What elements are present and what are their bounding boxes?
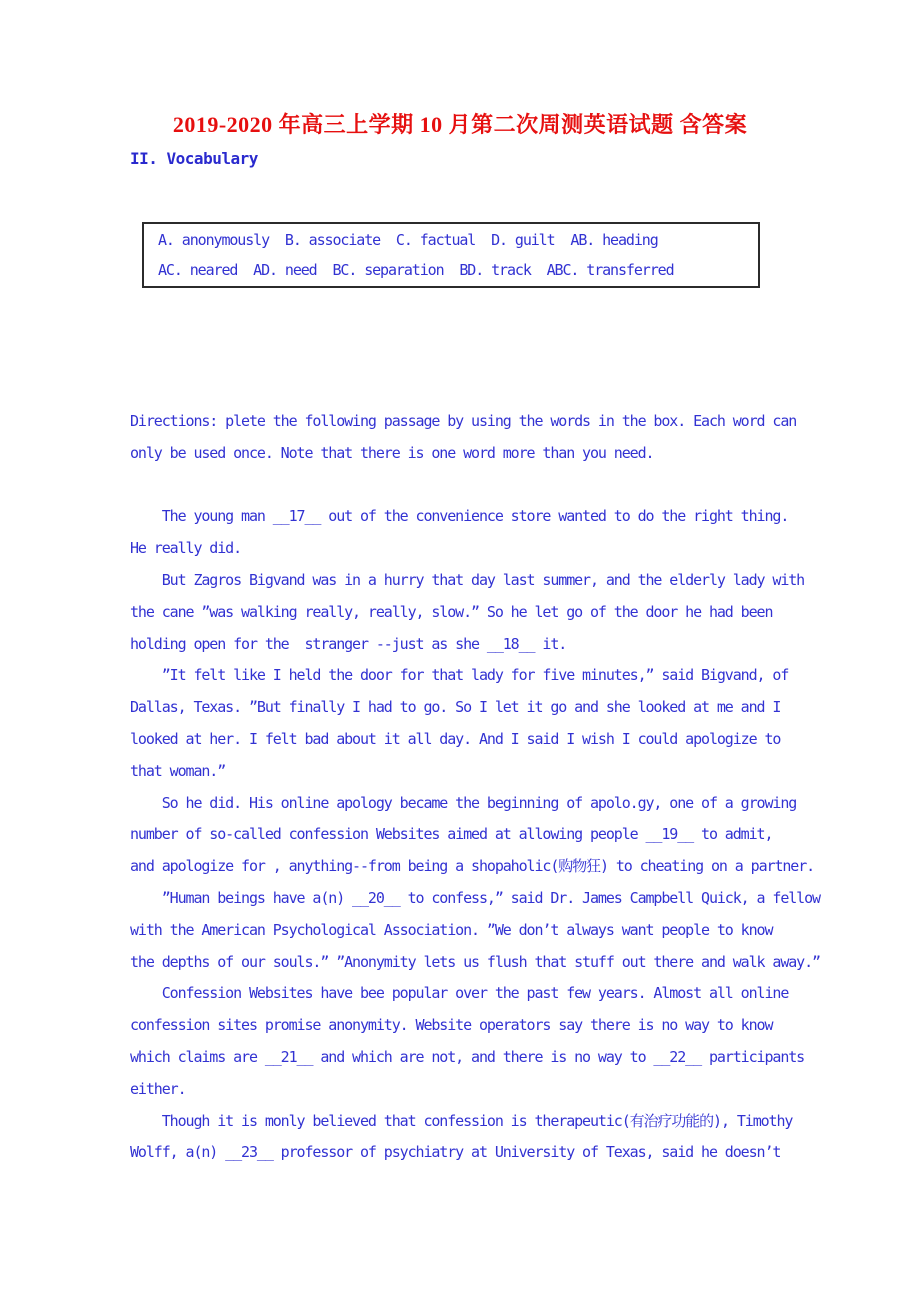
document-title: 2019-2020 年高三上学期 10 月第二次周测英语试题 含答案 [0,108,920,139]
section-heading: II. Vocabulary [130,149,258,168]
passage-paragraph: ”It felt like I held the door for that l… [130,660,870,787]
vocabulary-word-box: A. anonymously B. associate C. factual D… [142,222,760,288]
document-page: 2019-2020 年高三上学期 10 月第二次周测英语试题 含答案 II. V… [0,0,920,1302]
word-box-text: A. anonymously B. associate C. factual D… [158,225,758,285]
passage-paragraph: The young man __17__ out of the convenie… [130,501,870,565]
passage-paragraph: But Zagros Bigvand was in a hurry that d… [130,565,870,660]
passage-area: Directions: plete the following passage … [130,406,870,1169]
passage-paragraph: ”Human beings have a(n) __20__ to confes… [130,883,870,978]
directions-paragraph: Directions: plete the following passage … [130,406,870,470]
passage-paragraph: Confession Websites have bee popular ove… [130,978,870,1105]
passage-paragraph: Though it is monly believed that confess… [130,1106,870,1170]
passage-paragraphs: The young man __17__ out of the convenie… [130,501,870,1169]
passage-paragraph: So he did. His online apology became the… [130,788,870,883]
